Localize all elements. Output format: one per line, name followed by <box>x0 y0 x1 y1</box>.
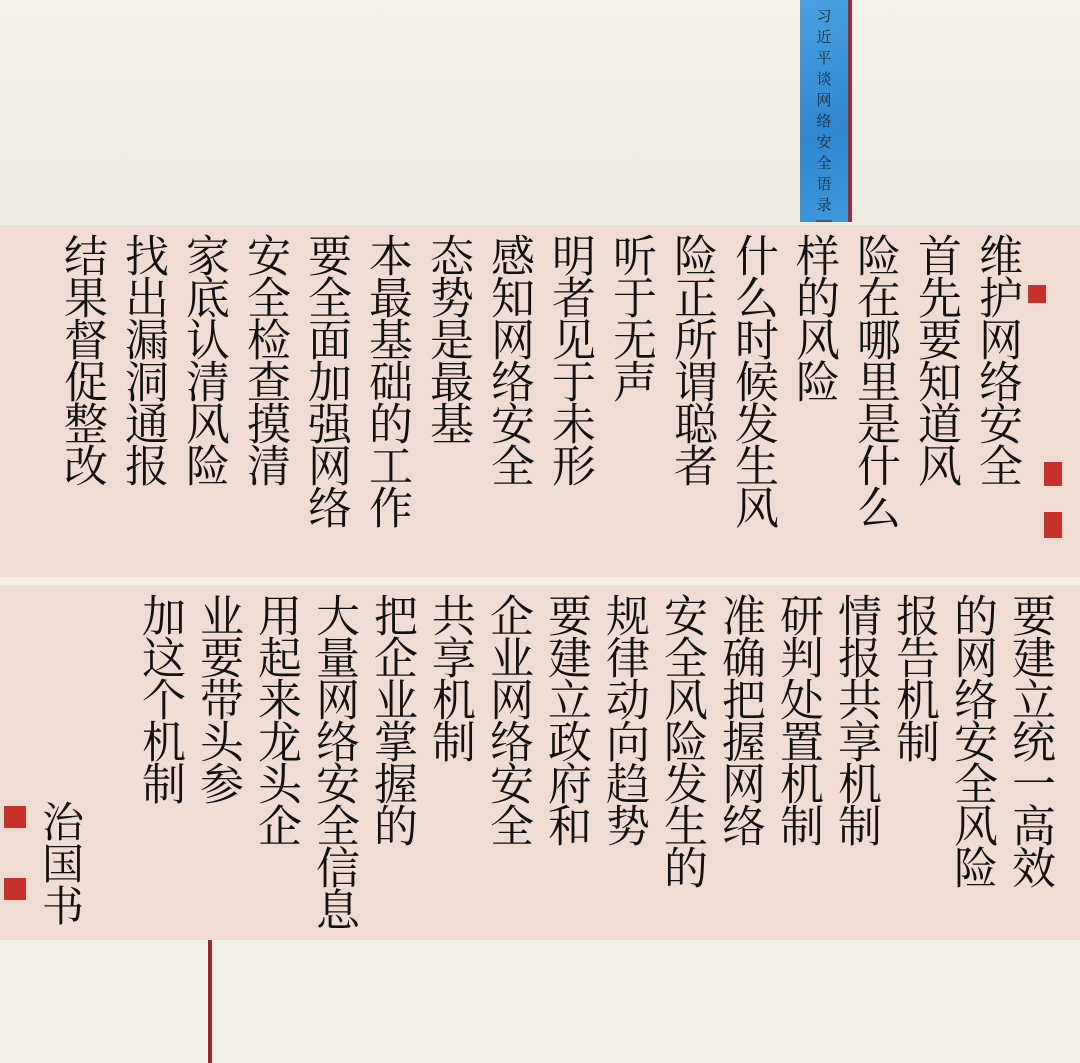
calligraphy-column: 共享机制 <box>425 593 473 761</box>
calligraphy-column: 本最基础的工作 <box>362 233 410 527</box>
calligraphy-column: 要建立统一高效 <box>1005 593 1053 887</box>
calligraphy-column: 把企业掌握的 <box>367 593 415 845</box>
calligraphy-column: 家底认清风险 <box>179 233 227 485</box>
calligraphy-column: 情报共享机制 <box>831 593 879 845</box>
title-char: 录 <box>816 195 831 216</box>
title-char: 平 <box>816 48 831 69</box>
calligraphy-column: 安全检查摸清 <box>240 233 288 485</box>
calligraphy-column: 大量网络安全信息 <box>309 593 357 929</box>
calligraphy-column: 感知网络安全 <box>484 233 532 485</box>
panel-gap <box>0 577 1080 585</box>
title-char: 网 <box>816 90 831 111</box>
calligraphy-column: 险正所谓聪者 <box>667 233 715 485</box>
calligraphy-column: 研判处置机制 <box>773 593 821 845</box>
calligraphy-column: 要建立政府和 <box>541 593 589 845</box>
calligraphy-column: 要全面加强网络 <box>301 233 349 527</box>
seal-icon <box>4 878 26 900</box>
calligraphy-column: 首先要知道风 <box>911 233 959 485</box>
seal-icon <box>1028 285 1046 303</box>
calligraphy-column: 用起来龙头企 <box>251 593 299 845</box>
calligraphy-column: 的网络安全风险 <box>947 593 995 887</box>
calligraphy-column: 险在哪里是什么 <box>850 233 898 527</box>
calligraphy-column: 找出漏洞通报 <box>118 233 166 485</box>
signature: 治国书 <box>30 800 90 926</box>
calligraphy-column: 企业网络安全 <box>483 593 531 845</box>
calligraphy-column: 态势是最基 <box>423 233 471 443</box>
title-seal-icon <box>816 220 832 222</box>
seal-icon <box>1044 462 1062 486</box>
calligraphy-column: 结果督促整改 <box>57 233 105 485</box>
calligraphy-column: 什么时候发生风 <box>728 233 776 527</box>
title-char: 全 <box>816 153 831 174</box>
red-mount-line-bottom <box>208 940 212 1063</box>
calligraphy-column: 加这个机制 <box>135 593 183 803</box>
calligraphy-column: 样的风险 <box>789 233 837 401</box>
title-char: 习 <box>816 6 831 27</box>
title-char: 语 <box>816 174 831 195</box>
title-strip: 习近平谈网络安全语录 <box>800 0 848 222</box>
title-char: 络 <box>816 111 831 132</box>
seal-icon <box>4 806 26 828</box>
calligraphy-column: 报告机制 <box>889 593 937 761</box>
red-mount-line-top <box>848 0 852 222</box>
title-char: 安 <box>816 132 831 153</box>
calligraphy-panel-lower: 要建立统一高效的网络安全风险报告机制情报共享机制研判处置机制准确把握网络安全风险… <box>0 585 1080 940</box>
calligraphy-column: 安全风险发生的 <box>657 593 705 887</box>
title-char: 谈 <box>816 69 831 90</box>
calligraphy-column: 听于无声 <box>606 233 654 401</box>
title-char: 近 <box>816 27 831 48</box>
lower-mount-paper <box>0 940 1080 1063</box>
calligraphy-column: 规律动向趋势 <box>599 593 647 845</box>
calligraphy-column: 维护网络安全 <box>972 233 1020 485</box>
upper-mount-paper <box>0 0 1080 225</box>
calligraphy-panel-upper: 维护网络安全首先要知道风险在哪里是什么样的风险什么时候发生风险正所谓聪者听于无声… <box>0 225 1080 577</box>
calligraphy-column: 明者见于未形 <box>545 233 593 485</box>
calligraphy-column: 业要带头参 <box>193 593 241 803</box>
calligraphy-column: 准确把握网络 <box>715 593 763 845</box>
seal-icon <box>1044 512 1062 538</box>
